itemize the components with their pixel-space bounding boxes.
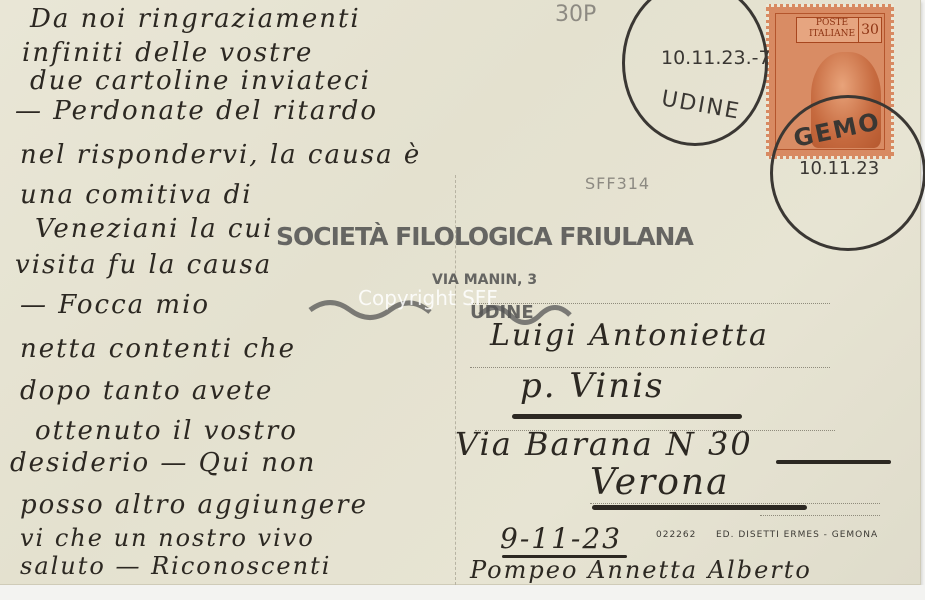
message-line: saluto — Riconoscenti (20, 552, 331, 580)
society-stamp-name: SOCIETÀ FILOLOGICA FRIULANA (276, 222, 693, 251)
postmark-gemona: GEMO 10.11.23 (770, 95, 925, 251)
address-city: Verona (590, 462, 730, 503)
message-line: dopo tanto avete (20, 376, 273, 406)
stamp-value: 30 (858, 17, 882, 43)
postmark-date: 10.11.23.-7 (661, 47, 771, 69)
date-written: 9-11-23 (500, 522, 622, 555)
pencil-catalog-id: SFF314 (585, 174, 650, 193)
address-line-4 (590, 503, 880, 504)
scan-background (0, 585, 925, 600)
message-line: desiderio — Qui non (10, 448, 316, 478)
message-line: due cartoline inviateci (30, 66, 371, 96)
underline (776, 460, 891, 464)
message-line: nel rispondervi, la causa è (20, 140, 421, 170)
message-line: una comitiva di (20, 180, 253, 210)
address-care-of: p. Vinis (520, 366, 664, 406)
pencil-price-note: 30P (555, 2, 596, 27)
message-line: posso altro aggiungere (20, 490, 368, 520)
printer-code: 022262 (656, 530, 696, 540)
underline (512, 414, 742, 419)
postmark-udine: 10.11.23.-7 UDINE (622, 0, 768, 146)
message-line: infiniti delle vostre (22, 38, 313, 68)
message-line: Da noi ringraziamenti (30, 4, 361, 34)
postcard-back: 30P SFF314 POSTE ITALIANE 30 10.11.23.-7… (0, 0, 921, 585)
message-line: netta contenti che (20, 334, 296, 364)
postmark-place: UDINE (659, 86, 742, 124)
message-line: — Perdonate del ritardo (15, 96, 378, 126)
signatures: Pompeo Annetta Alberto (470, 556, 812, 584)
message-line: visita fu la causa (15, 250, 272, 280)
printer-imprint: ED. DISETTI ERMES - GEMONA (716, 530, 878, 540)
postmark-place: GEMO (791, 107, 883, 153)
address-line-4b (760, 515, 880, 516)
underline (592, 505, 807, 510)
message-line: — Focca mio (20, 290, 210, 320)
address-street: Via Barana N 30 (455, 425, 753, 463)
message-line: vi che un nostro vivo (20, 524, 315, 552)
address-recipient: Luigi Antonietta (490, 318, 769, 353)
message-line: Veneziani la cui (35, 214, 273, 244)
copyright-watermark: Copyright SFF (358, 286, 498, 310)
message-line: ottenuto il vostro (35, 416, 298, 446)
postmark-date: 10.11.23 (799, 158, 879, 179)
